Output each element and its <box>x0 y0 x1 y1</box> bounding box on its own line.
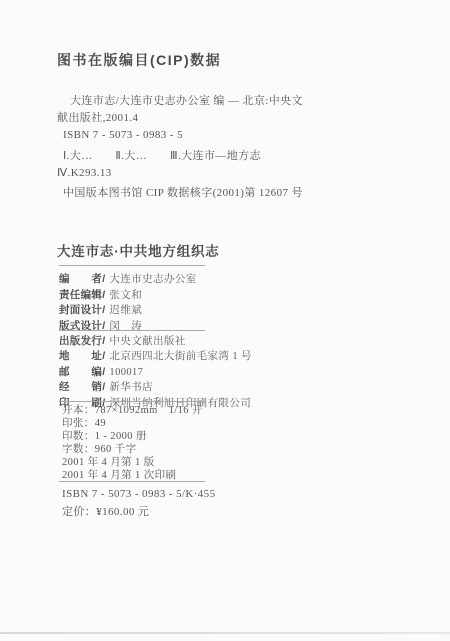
cip-heading: 图书在版编目(CIP)数据 <box>57 50 221 70</box>
credit-row: 责任编辑/张文和 <box>59 288 197 304</box>
credit-label: 编 者/ <box>59 273 105 285</box>
publishing-row: 经 销/新华书店 <box>59 380 252 395</box>
cip-record-number: 中国版本图书馆 CIP 数据核字(2001)第 12607 号 <box>57 184 303 200</box>
credit-label: 责任编辑/ <box>59 289 105 301</box>
spec-line: 印张：49 <box>62 417 203 430</box>
spec-line: 2001 年 4 月第 1 版 <box>62 456 203 469</box>
cip-classification-line: Ⅳ.K293.13 <box>57 165 261 182</box>
credit-row: 封面设计/迟维斌 <box>59 303 197 319</box>
divider-rule <box>59 330 205 331</box>
publishing-label: 经 销/ <box>59 381 105 393</box>
publishing-block: 出版发行/中央文献出版社 地 址/北京西四北大街前毛家湾 1 号 邮 编/100… <box>59 334 252 411</box>
cip-classification: Ⅰ.大… Ⅱ.大… Ⅲ.大连市—地方志 Ⅳ.K293.13 <box>57 148 261 182</box>
credit-value: 迟维斌 <box>109 305 142 316</box>
price-text: 定价：¥160.00 元 <box>62 503 149 519</box>
publishing-row: 出版发行/中央文献出版社 <box>59 334 252 349</box>
credit-value: 大连市史志办公室 <box>109 274 196 285</box>
divider-rule <box>59 265 205 266</box>
credit-row: 版式设计/闵 涛 <box>59 319 197 335</box>
credit-row: 编 者/大连市史志办公室 <box>59 272 197 288</box>
credit-value: 张文和 <box>109 290 142 301</box>
cip-description-line: 献出版社,2001.4 <box>57 110 303 127</box>
divider-rule <box>59 401 205 402</box>
publishing-row: 邮 编/100017 <box>59 365 252 380</box>
publishing-label: 地 址/ <box>59 350 105 362</box>
book-copyright-page: 图书在版编目(CIP)数据 大连市志/大连市史志办公室 编 — 北京:中央文 献… <box>0 0 450 641</box>
publishing-value: 中央文献出版社 <box>109 336 185 347</box>
cip-isbn-line: ISBN 7 - 5073 - 0983 - 5 <box>57 127 303 144</box>
spec-line: 开本：787×1092mm 1/16 开 <box>62 404 203 417</box>
publishing-label: 出版发行/ <box>59 335 105 347</box>
publishing-value: 北京西四北大街前毛家湾 1 号 <box>109 351 252 362</box>
page-edge-shadow <box>0 632 450 634</box>
spec-line: 字数：960 千字 <box>62 443 203 456</box>
cip-description-line: 大连市志/大连市史志办公室 编 — 北京:中央文 <box>57 93 303 110</box>
credits-block: 编 者/大连市史志办公室 责任编辑/张文和 封面设计/迟维斌 版式设计/闵 涛 <box>59 272 197 334</box>
credit-label: 封面设计/ <box>59 304 105 316</box>
publishing-value: 100017 <box>109 367 143 378</box>
spec-line: 印数：1 - 2000 册 <box>62 430 203 443</box>
print-specs-block: 开本：787×1092mm 1/16 开 印张：49 印数：1 - 2000 册… <box>62 404 203 482</box>
cip-description: 大连市志/大连市史志办公室 编 — 北京:中央文 献出版社,2001.4 ISB… <box>57 93 303 144</box>
publishing-row: 地 址/北京西四北大街前毛家湾 1 号 <box>59 349 252 364</box>
divider-rule <box>59 481 205 482</box>
cip-classification-line: Ⅰ.大… Ⅱ.大… Ⅲ.大连市—地方志 <box>57 148 261 165</box>
isbn-text: ISBN 7 - 5073 - 0983 - 5/K·455 <box>62 488 215 500</box>
publishing-value: 新华书店 <box>109 382 153 393</box>
book-title: 大连市志·中共地方组织志 <box>57 240 220 260</box>
publishing-label: 邮 编/ <box>59 366 105 378</box>
